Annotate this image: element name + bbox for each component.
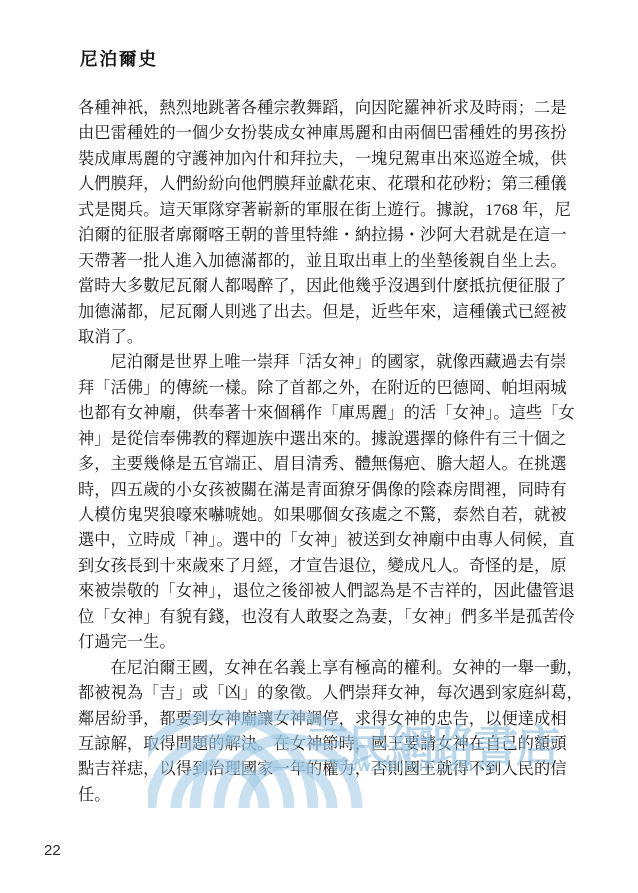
- running-head-book-title: 尼泊爾史: [80, 46, 158, 71]
- text-line: 天帶著一批人進入加德滿都的，並且取出車上的坐墊後親自坐上去。: [78, 249, 568, 274]
- text-line: 人們膜拜，人們紛紛向他們膜拜並獻花束、花環和花砂粉；第三種儀: [78, 172, 568, 197]
- text-line: 都被視為「吉」或「凶」的象徵。人們崇拜女神，每次遇到家庭糾葛，: [78, 681, 568, 706]
- text-line: 仃過完一生。: [78, 630, 568, 655]
- text-line: 時，四五歲的小女孩被關在滿是青面獠牙偶像的陰森房間裡，同時有: [78, 478, 568, 503]
- text-line: 也都有女神廟，供奉著十來個稱作「庫馬麗」的活「女神」。這些「女: [78, 401, 568, 426]
- text-line: 到女孩長到十來歲來了月經，才宣告退位，變成凡人。奇怪的是，原: [78, 554, 568, 579]
- text-line: 位「女神」有貌有錢，也沒有人敢娶之為妻，「女神」們多半是孤苦伶: [78, 605, 568, 630]
- body-text: 各種神祇，熱烈地跳著各種宗教舞蹈，向因陀羅神祈求及時雨；二是由巴雷種姓的一個少女…: [78, 96, 568, 808]
- text-line: 當時大多數尼瓦爾人都喝醉了，因此他幾乎沒遇到什麼抵抗便征服了: [78, 274, 568, 299]
- text-line: 拜「活佛」的傳統一樣。除了首都之外，在附近的巴德岡、帕坦兩城: [78, 376, 568, 401]
- text-line: 裝成庫馬麗的守護神加內什和拜拉夫，一塊兒駕車出來巡遊全城，供: [78, 147, 568, 172]
- text-line: 來被崇敬的「女神」，退位之後卻被人們認為是不吉祥的，因此儘管退: [78, 579, 568, 604]
- text-line: 在尼泊爾王國，女神在名義上享有極高的權利。女神的一舉一動，: [78, 656, 568, 681]
- text-line: 人模仿鬼哭狼嚎來嚇唬她。如果哪個女孩處之不驚，泰然自若，就被: [78, 503, 568, 528]
- text-line: 取消了。: [78, 325, 568, 350]
- book-page: 尼泊爾史 各種神祇，熱烈地跳著各種宗教舞蹈，向因陀羅神祈求及時雨；二是由巴雷種姓…: [0, 0, 638, 893]
- text-line: 神」是從信奉佛教的釋迦族中選出來的。據說選擇的條件有三十個之: [78, 427, 568, 452]
- text-line: 泊爾的征服者廓爾喀王朝的普里特維・納拉揚・沙阿大君就是在這一: [78, 223, 568, 248]
- page-number: 22: [44, 842, 61, 859]
- text-line: 各種神祇，熱烈地跳著各種宗教舞蹈，向因陀羅神祈求及時雨；二是: [78, 96, 568, 121]
- text-line: 選中，立時成「神」。選中的「女神」被送到女神廟中由專人伺候，直: [78, 528, 568, 553]
- text-line: 多，主要幾條是五官端正、眉目清秀、體無傷疤、膽大超人。在挑選: [78, 452, 568, 477]
- text-line: 由巴雷種姓的一個少女扮裝成女神庫馬麗和由兩個巴雷種姓的男孩扮: [78, 121, 568, 146]
- text-line: 鄰居紛爭，都要到女神廟讓女神調停，求得女神的忠告，以便達成相: [78, 707, 568, 732]
- text-line: 尼泊爾是世界上唯一崇拜「活女神」的國家，就像西藏過去有崇: [78, 350, 568, 375]
- text-line: 任。: [78, 783, 568, 808]
- text-line: 加德滿都，尼瓦爾人則逃了出去。但是，近些年來，這種儀式已經被: [78, 300, 568, 325]
- text-line: 式是閱兵。這天軍隊穿著嶄新的軍服在街上遊行。據說，1768 年，尼: [78, 198, 568, 223]
- text-line: 互諒解，取得問題的解決。在女神節時，國王要請女神在自己的額頭: [78, 732, 568, 757]
- text-line: 點吉祥痣，以得到治理國家一年的權力，否則國王就得不到人民的信: [78, 757, 568, 782]
